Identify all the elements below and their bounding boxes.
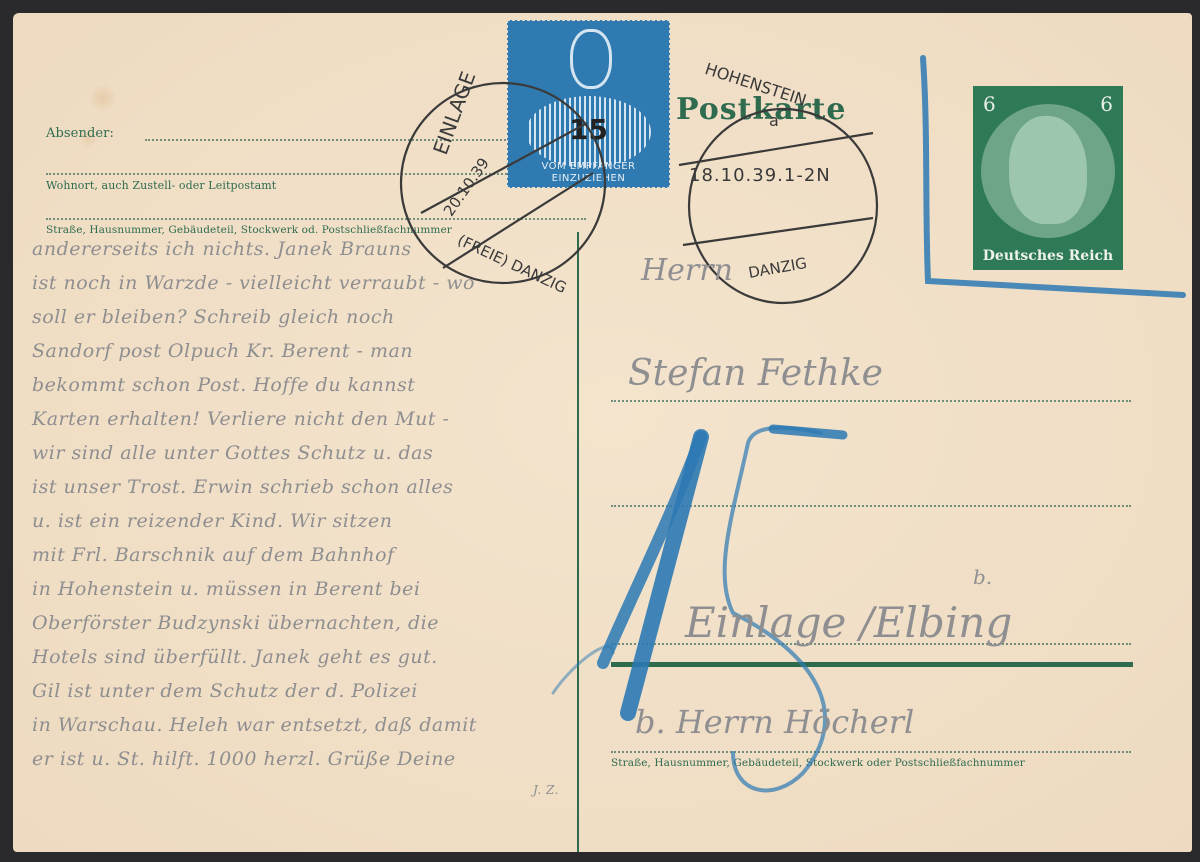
address-salutation: Herrn bbox=[641, 253, 733, 288]
blue-corner-mark bbox=[923, 58, 1183, 295]
message-line: mit Frl. Barschnik auf dem Bahnhof bbox=[32, 544, 395, 566]
address-city: Einlage /Elbing bbox=[685, 598, 1012, 647]
message-line: ist noch in Warzde - vielleicht verraubt… bbox=[32, 272, 475, 294]
postcard: Absender: Wohnort, auch Zustell- oder Le… bbox=[13, 13, 1192, 852]
message-line: Oberförster Budzynski übernachten, die bbox=[32, 612, 439, 634]
address-b: b. bbox=[973, 565, 992, 589]
message-line: Sandorf post Olpuch Kr. Berent - man bbox=[32, 340, 413, 362]
message-line: in Hohenstein u. müssen in Berent bei bbox=[32, 578, 420, 600]
message-line: J. Z. bbox=[533, 783, 559, 797]
message-line: ist unser Trost. Erwin schrieb schon all… bbox=[32, 476, 453, 498]
address-care-of: b. Herrn Höcherl bbox=[635, 703, 914, 741]
message-line: Gil ist unter dem Schutz der d. Polizei bbox=[32, 680, 418, 702]
message-line: andererseits ich nichts. Janek Brauns bbox=[32, 238, 412, 260]
message-line: wir sind alle unter Gottes Schutz u. das bbox=[32, 442, 433, 464]
message-line: in Warschau. Heleh war entsetzt, daß dam… bbox=[32, 714, 477, 736]
address-name: Stefan Fethke bbox=[628, 353, 883, 394]
message-line: Karten erhalten! Verliere nicht den Mut … bbox=[32, 408, 449, 430]
message-line: Hotels sind überfüllt. Janek geht es gut… bbox=[32, 646, 438, 668]
postmark-2-sub: a bbox=[769, 111, 779, 130]
message-line: soll er bleiben? Schreib gleich noch bbox=[32, 306, 395, 328]
message-line: er ist u. St. hilft. 1000 herzl. Grüße D… bbox=[32, 748, 456, 770]
message-line: bekommt schon Post. Hoffe du kannst bbox=[32, 374, 415, 396]
postmark-2-date: 18.10.39.1-2N bbox=[689, 165, 831, 186]
message-line: u. ist ein reizender Kind. Wir sitzen bbox=[32, 510, 392, 532]
